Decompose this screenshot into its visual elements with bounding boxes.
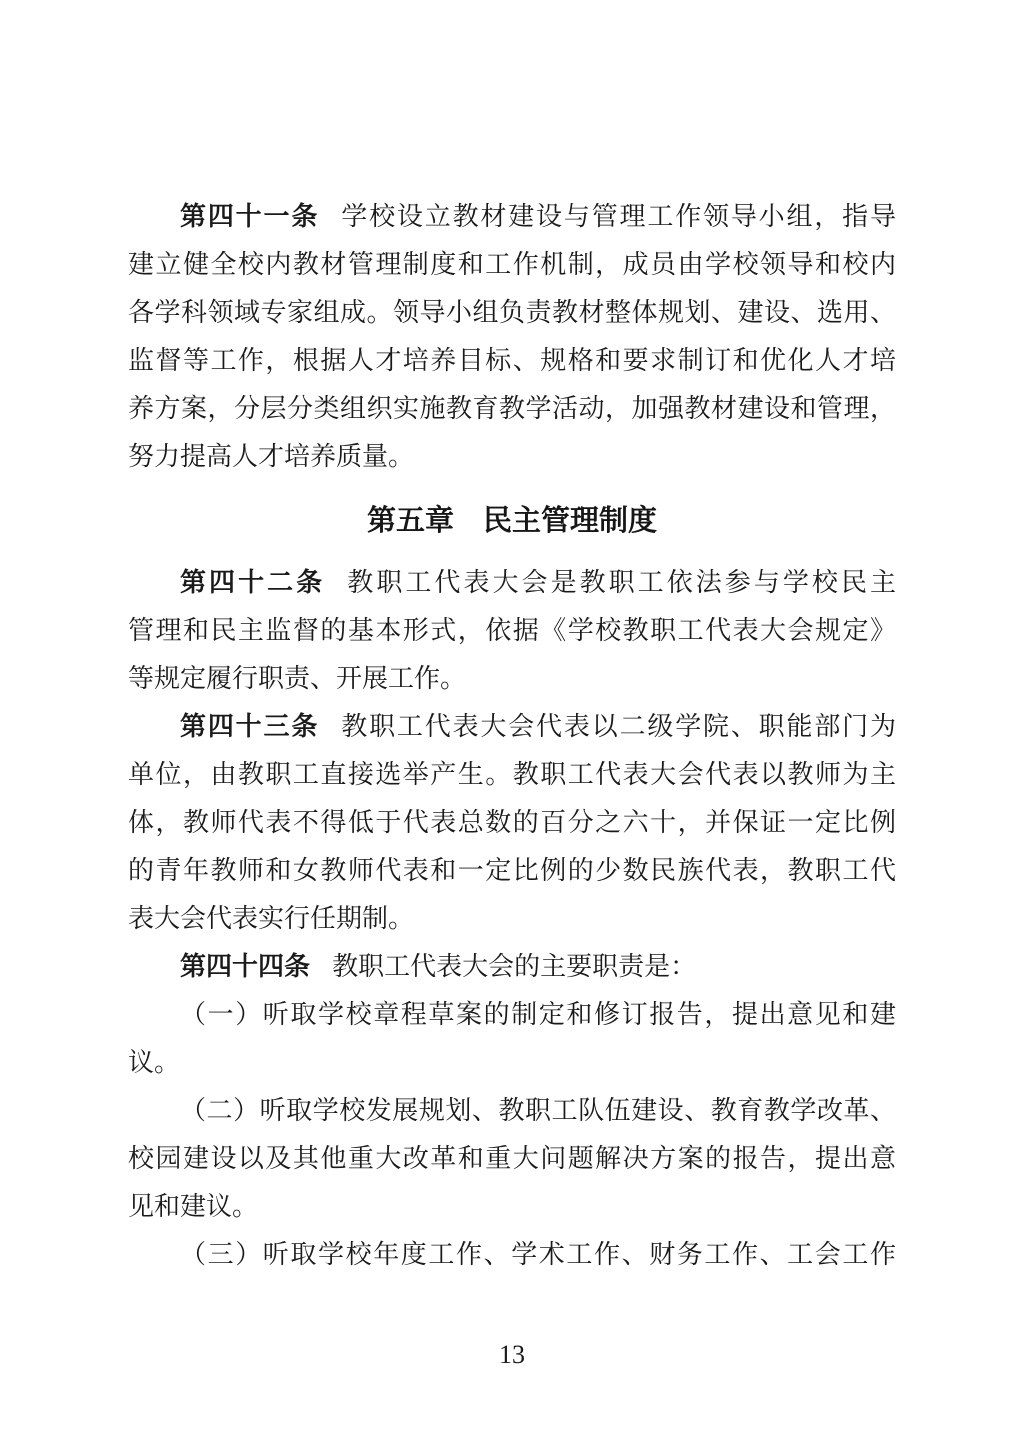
text-line: 等规定履行职责、开展工作。	[128, 655, 896, 703]
duty-item-3-paragraph: （三）听取学校年度工作、学术工作、财务工作、工会工作	[128, 1231, 896, 1279]
text-line: 建立健全校内教材管理制度和工作机制，成员由学校领导和校内	[128, 241, 896, 289]
article-41-paragraph: 第四十一条学校设立教材建设与管理工作领导小组，指导 建立健全校内教材管理制度和工…	[128, 193, 896, 481]
text-line: （三）听取学校年度工作、学术工作、财务工作、工会工作	[128, 1231, 896, 1279]
page-number: 13	[0, 1338, 1024, 1372]
document-body: 第四十一条学校设立教材建设与管理工作领导小组，指导 建立健全校内教材管理制度和工…	[128, 193, 896, 1279]
article-44-paragraph: 第四十四条教职工代表大会的主要职责是：	[128, 943, 896, 991]
chapter-5-heading: 第五章 民主管理制度	[128, 497, 896, 545]
text-line: 第四十三条教职工代表大会代表以二级学院、职能部门为	[128, 703, 896, 751]
text-line: 各学科领域专家组成。领导小组负责教材整体规划、建设、选用、	[128, 289, 896, 337]
text-line: 校园建设以及其他重大改革和重大问题解决方案的报告，提出意	[128, 1135, 896, 1183]
text-line: （一）听取学校章程草案的制定和修订报告，提出意见和建	[128, 991, 896, 1039]
text-line: 见和建议。	[128, 1183, 896, 1231]
text-line: 第四十二条教职工代表大会是教职工依法参与学校民主	[128, 559, 896, 607]
text-line: 监督等工作，根据人才培养目标、规格和要求制订和优化人才培	[128, 337, 896, 385]
article-43-paragraph: 第四十三条教职工代表大会代表以二级学院、职能部门为 单位，由教职工直接选举产生。…	[128, 703, 896, 943]
document-page: 第四十一条学校设立教材建设与管理工作领导小组，指导 建立健全校内教材管理制度和工…	[0, 0, 1024, 1448]
article-44-text: 教职工代表大会的主要职责是：	[332, 952, 696, 981]
text-line: 养方案，分层分类组织实施教育教学活动，加强教材建设和管理，	[128, 385, 896, 433]
text-line: 议。	[128, 1039, 896, 1087]
article-44-number: 第四十四条	[180, 952, 310, 981]
article-42-paragraph: 第四十二条教职工代表大会是教职工依法参与学校民主 管理和民主监督的基本形式，依据…	[128, 559, 896, 703]
article-43-number: 第四十三条	[180, 712, 319, 741]
text-line: 努力提高人才培养质量。	[128, 433, 896, 481]
text-line: 的青年教师和女教师代表和一定比例的少数民族代表，教职工代	[128, 847, 896, 895]
article-42-number: 第四十二条	[180, 568, 325, 597]
article-42-text: 教职工代表大会是教职工依法参与学校民主	[347, 568, 896, 597]
article-41-number: 第四十一条	[180, 202, 319, 231]
duty-item-1-paragraph: （一）听取学校章程草案的制定和修订报告，提出意见和建 议。	[128, 991, 896, 1087]
article-41-text: 学校设立教材建设与管理工作领导小组，指导	[341, 202, 896, 231]
text-line: 表大会代表实行任期制。	[128, 895, 896, 943]
article-43-text: 教职工代表大会代表以二级学院、职能部门为	[341, 712, 896, 741]
text-line: 第四十一条学校设立教材建设与管理工作领导小组，指导	[128, 193, 896, 241]
text-line: （二）听取学校发展规划、教职工队伍建设、教育教学改革、	[128, 1087, 896, 1135]
text-line: 第四十四条教职工代表大会的主要职责是：	[128, 943, 896, 991]
text-line: 体，教师代表不得低于代表总数的百分之六十，并保证一定比例	[128, 799, 896, 847]
duty-item-2-paragraph: （二）听取学校发展规划、教职工队伍建设、教育教学改革、 校园建设以及其他重大改革…	[128, 1087, 896, 1231]
text-line: 单位，由教职工直接选举产生。教职工代表大会代表以教师为主	[128, 751, 896, 799]
text-line: 管理和民主监督的基本形式，依据《学校教职工代表大会规定》	[128, 607, 896, 655]
